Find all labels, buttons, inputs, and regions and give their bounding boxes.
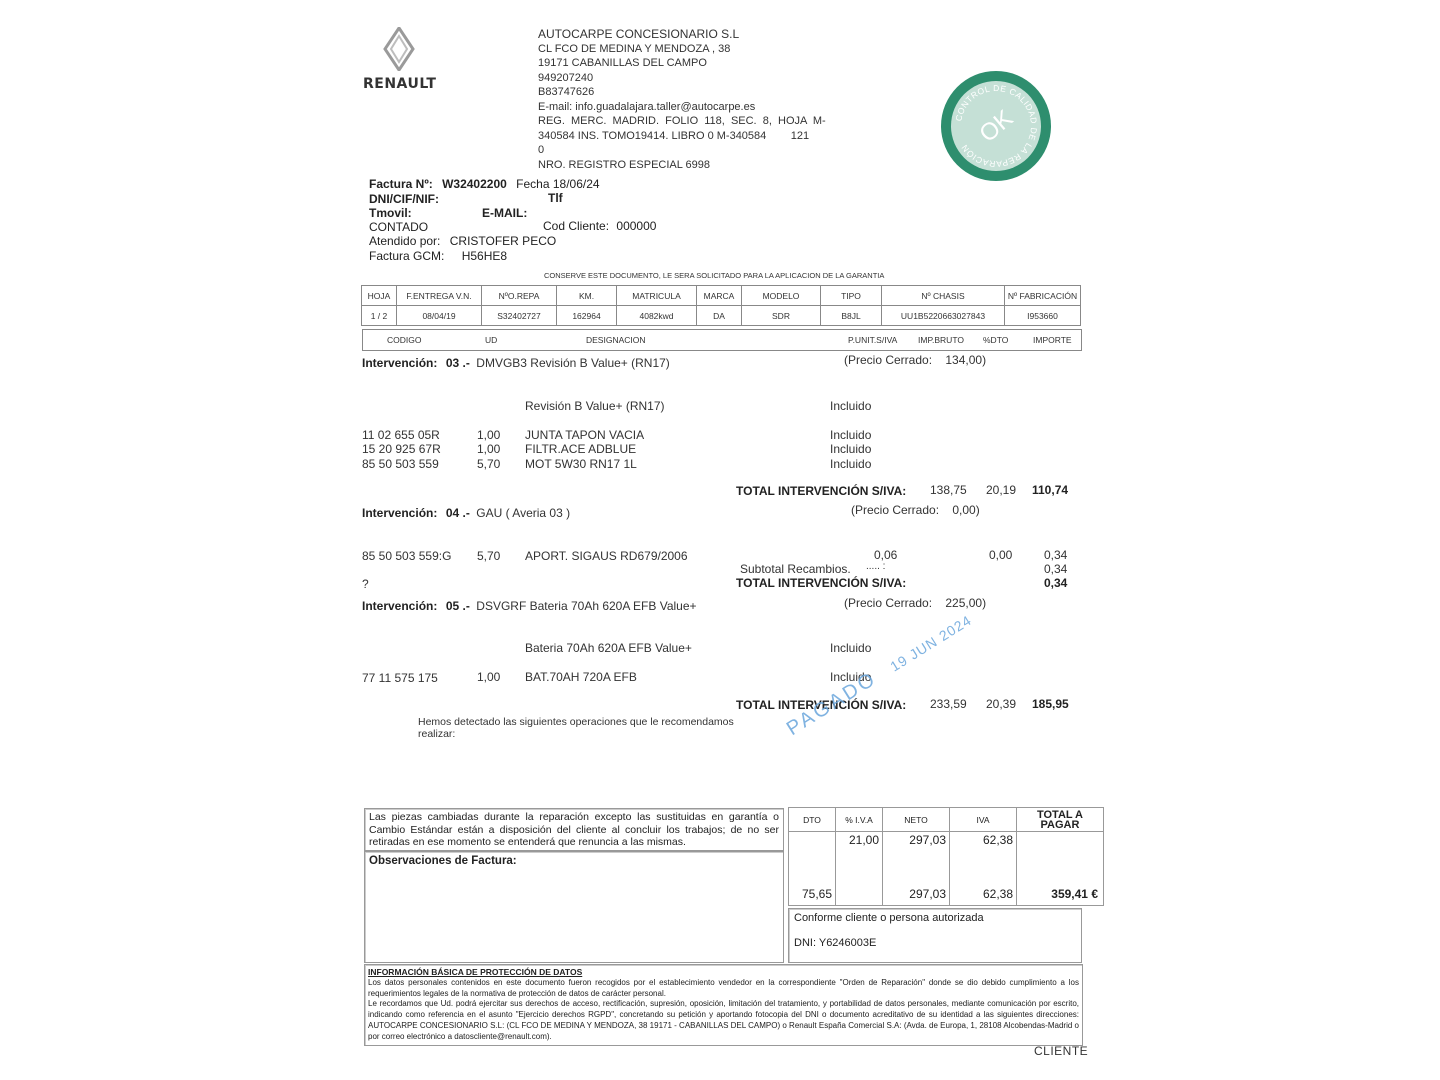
subtotal-dots: ..... : — [866, 561, 885, 572]
package-description: Revisión B Value+ (RN17) — [525, 399, 665, 413]
invoice-number-label: Factura Nº: — [369, 177, 433, 191]
observations-label: Observaciones de Factura: — [365, 852, 783, 870]
chassis-value: UU1B5220663027843 — [882, 306, 1005, 326]
vehicle-header-row: HOJA F.ENTREGA V.N. NºO.REPA KM. MATRICU… — [362, 286, 1081, 306]
package-description: Bateria 70Ah 620A EFB Value+ — [525, 641, 692, 655]
item-amount: 0,34 — [1044, 548, 1067, 562]
dealer-name: AUTOCARPE CONCESIONARIO S.L — [538, 27, 826, 42]
total-bruto: 233,59 — [930, 697, 967, 711]
attended-by-label: Atendido por: — [369, 234, 440, 248]
parts-disclaimer-box: Las piezas cambiadas durante la reparaci… — [364, 808, 784, 851]
vehicle-header: MARCA — [697, 286, 742, 306]
make-value: DA — [697, 306, 742, 326]
col-designacion: DESIGNACION — [586, 335, 646, 345]
net-amount: 297,03 — [883, 832, 950, 884]
item-description: BAT.70AH 720A EFB — [525, 670, 637, 684]
vehicle-value-row: 1 / 2 08/04/19 S32402727 162964 4082kwd … — [362, 306, 1081, 326]
closed-price: (Precio Cerrado: 225,00) — [844, 596, 986, 610]
item-description: FILTR.ACE ADBLUE — [525, 442, 636, 456]
intervention-total-label: TOTAL INTERVENCIÓN S/IVA: — [736, 576, 906, 590]
intervention-05-header: Intervención: 05 .- DSVGRF Bateria 70Ah … — [362, 597, 697, 615]
tmovil-label: Tmovil: — [369, 206, 412, 220]
client-code-row: Cod Cliente: 000000 — [543, 219, 656, 233]
plate-value: 4082kwd — [617, 306, 697, 326]
vehicle-header: TIPO — [821, 286, 882, 306]
payment-method: CONTADO — [369, 220, 428, 234]
stamp-ok-text: OK — [974, 105, 1018, 148]
tlf-label: Tlf — [548, 191, 563, 205]
totals-header-neto: NETO — [883, 808, 950, 832]
item-qty: 5,70 — [477, 549, 500, 563]
invoice-number: W32402200 — [442, 177, 507, 191]
brand-name: RENAULT — [363, 76, 437, 92]
repair-order-value: S32402727 — [482, 306, 557, 326]
item-code: 85 50 503 559:G — [362, 549, 451, 563]
intervention-label: Intervención: — [362, 599, 437, 613]
dealer-address: CL FCO DE MEDINA Y MENDOZA , 38 — [538, 42, 826, 57]
client-code-label: Cod Cliente: — [543, 219, 609, 233]
dealer-special-registry: NRO. REGISTRO ESPECIAL 6998 — [538, 158, 826, 173]
total-net: 297,03 — [883, 884, 950, 906]
totals-header-row: DTO % I.V.A NETO IVA TOTAL A PAGAR — [789, 808, 1104, 832]
item-code: 11 02 655 05R — [362, 428, 440, 442]
intervention-label: Intervención: — [362, 356, 437, 370]
col-importe: IMPORTE — [1033, 335, 1072, 345]
col-imp-bruto: IMP.BRUTO — [918, 335, 964, 345]
vehicle-table: HOJA F.ENTREGA V.N. NºO.REPA KM. MATRICU… — [361, 285, 1081, 326]
vehicle-header: KM. — [557, 286, 617, 306]
dealer-city: 19171 CABANILLAS DEL CAMPO — [538, 56, 826, 71]
vehicle-header: Nº CHASIS — [882, 286, 1005, 306]
observations-box: Observaciones de Factura: — [364, 851, 784, 963]
line-items-header: CODIGO UD DESIGNACION P.UNIT.S/IVA IMP.B… — [362, 329, 1082, 351]
package-status: Incluido — [830, 399, 871, 413]
signature-dni: DNI: Y6246003E — [794, 937, 876, 949]
intervention-04-header: Intervención: 04 .- GAU ( Averia 03 ) — [362, 504, 570, 522]
item-status: Incluido — [830, 442, 871, 456]
dealer-registry-1: REG. MERC. MADRID. FOLIO 118, SEC. 8, HO… — [538, 114, 826, 129]
sheet-value: 1 / 2 — [362, 306, 397, 326]
quality-control-stamp: CONTROL DE CALIDAD DE LA REPARACIÓN OK — [941, 71, 1051, 181]
totals-table: DTO % I.V.A NETO IVA TOTAL A PAGAR 21,00… — [788, 807, 1104, 906]
intervention-number: 04 .- — [446, 506, 470, 520]
intervention-total-label: TOTAL INTERVENCIÓN S/IVA: — [736, 484, 906, 498]
total-dto: 20,19 — [986, 483, 1016, 497]
unknown-mark: ? — [362, 577, 369, 591]
item-description: APORT. SIGAUS RD679/2006 — [525, 549, 688, 563]
totals-sum-row: 75,65 297,03 62,38 359,41 € — [789, 884, 1104, 906]
dealer-info: AUTOCARPE CONCESIONARIO S.L CL FCO DE ME… — [538, 27, 826, 172]
intervention-number: 03 .- — [446, 356, 470, 370]
item-description: MOT 5W30 RN17 1L — [525, 457, 637, 471]
totals-rate-row: 21,00 297,03 62,38 — [789, 832, 1104, 884]
item-status: Incluido — [830, 428, 871, 442]
iva-rate: 21,00 — [836, 832, 883, 884]
data-protection-box: INFORMACIÓN BÁSICA DE PROTECCIÓN DE DATO… — [364, 964, 1083, 1046]
vehicle-header: HOJA — [362, 286, 397, 306]
dealer-phone: 949207240 — [538, 71, 826, 86]
total-to-pay: 359,41 € — [1017, 884, 1104, 906]
totals-header-dto: DTO — [789, 808, 836, 832]
vehicle-header: MODELO — [742, 286, 821, 306]
signature-label: Conforme cliente o persona autorizada — [794, 912, 984, 924]
intervention-number: 05 .- — [446, 599, 470, 613]
item-discount: 0,00 — [989, 548, 1012, 562]
total-importe: 185,95 — [1032, 697, 1069, 711]
totals-header-iva-pct: % I.V.A — [836, 808, 883, 832]
intervention-description: DSVGRF Bateria 70Ah 620A EFB Value+ — [476, 599, 696, 613]
dealer-email: E-mail: info.guadalajara.taller@autocarp… — [538, 100, 826, 115]
data-protection-paragraph-2: Le recordamos que Ud. podrá ejercitar su… — [368, 999, 1079, 1042]
col-ud: UD — [485, 335, 497, 345]
dealer-registry-2: 340584 INS. TOMO19414. LIBRO 0 M-340584 … — [538, 129, 826, 144]
invoice-date: 18/06/24 — [553, 177, 600, 191]
paid-stamp: PAGADO 19 JUN 2024 — [783, 608, 976, 741]
total-discount: 75,65 — [789, 884, 836, 906]
totals-header-iva: IVA — [950, 808, 1017, 832]
intervention-label: Intervención: — [362, 506, 437, 520]
item-code: 85 50 503 559 — [362, 457, 439, 471]
col-codigo: CODIGO — [387, 335, 421, 345]
item-qty: 1,00 — [477, 442, 500, 456]
client-code: 000000 — [616, 219, 656, 233]
subtotal-label: Subtotal Recambios. — [740, 562, 851, 576]
col-punit: P.UNIT.S/IVA — [848, 335, 897, 345]
item-unit-price: 0,06 — [874, 548, 897, 562]
vehicle-header: Nº FABRICACIÓN — [1005, 286, 1081, 306]
delivery-date-value: 08/04/19 — [397, 306, 482, 326]
vehicle-header: F.ENTREGA V.N. — [397, 286, 482, 306]
recommendation-text: Hemos detectado las siguientes operacion… — [418, 716, 738, 740]
invoice-number-row: Factura Nº: W32402200 Fecha 18/06/24 — [369, 177, 600, 191]
item-qty: 5,70 — [477, 457, 500, 471]
total-iva: 62,38 — [950, 884, 1017, 906]
intervention-description: GAU ( Averia 03 ) — [476, 506, 570, 520]
item-description: JUNTA TAPON VACIA — [525, 428, 644, 442]
data-protection-paragraph-1: Los datos personales contenidos en este … — [368, 978, 1079, 1000]
invoice-date-label: Fecha — [516, 177, 549, 191]
total-importe: 0,34 — [1044, 576, 1067, 590]
gcm-number: H56HE8 — [462, 249, 507, 263]
intervention-03-header: Intervención: 03 .- DMVGB3 Revisión B Va… — [362, 354, 670, 372]
total-dto: 20,39 — [986, 697, 1016, 711]
dealer-cif: B83747626 — [538, 85, 826, 100]
totals-header-total: TOTAL A PAGAR — [1017, 808, 1104, 832]
item-qty: 1,00 — [477, 428, 500, 442]
parts-disclaimer: Las piezas cambiadas durante la reparaci… — [365, 809, 783, 851]
email-label: E-MAIL: — [482, 206, 527, 220]
item-status: Incluido — [830, 457, 871, 471]
total-bruto: 138,75 — [930, 483, 967, 497]
package-status: Incluido — [830, 641, 871, 655]
signature-box: Conforme cliente o persona autorizada DN… — [788, 908, 1082, 963]
closed-price: (Precio Cerrado: 0,00) — [851, 503, 980, 517]
col-dto: %DTO — [983, 335, 1008, 345]
km-value: 162964 — [557, 306, 617, 326]
vehicle-header: MATRICULA — [617, 286, 697, 306]
dealer-registry-3: 0 — [538, 143, 826, 158]
item-qty: 1,00 — [477, 670, 500, 684]
subtotal-value: 0,34 — [1044, 562, 1067, 576]
attended-by: CRISTOFER PECO — [450, 234, 556, 248]
warranty-notice: CONSERVE ESTE DOCUMENTO, LE SERA SOLICIT… — [544, 271, 884, 280]
model-value: SDR — [742, 306, 821, 326]
paid-stamp-date: 19 JUN 2024 — [887, 612, 974, 675]
intervention-description: DMVGB3 Revisión B Value+ (RN17) — [476, 356, 670, 370]
attended-by-row: Atendido por: CRISTOFER PECO — [369, 234, 556, 248]
total-importe: 110,74 — [1032, 483, 1068, 497]
vehicle-header: NºO.REPA — [482, 286, 557, 306]
data-protection-title: INFORMACIÓN BÁSICA DE PROTECCIÓN DE DATO… — [368, 967, 1079, 978]
dni-label: DNI/CIF/NIF: — [369, 192, 439, 206]
iva-amount: 62,38 — [950, 832, 1017, 884]
copy-label: CLIENTE — [1034, 1044, 1088, 1058]
renault-diamond-icon — [381, 27, 417, 71]
manufacture-value: I953660 — [1005, 306, 1081, 326]
item-code: 15 20 925 67R — [362, 442, 441, 456]
type-value: B8JL — [821, 306, 882, 326]
gcm-row: Factura GCM: H56HE8 — [369, 249, 507, 263]
gcm-label: Factura GCM: — [369, 249, 444, 263]
closed-price: (Precio Cerrado: 134,00) — [844, 353, 986, 367]
item-code: 77 11 575 175 — [362, 671, 438, 685]
